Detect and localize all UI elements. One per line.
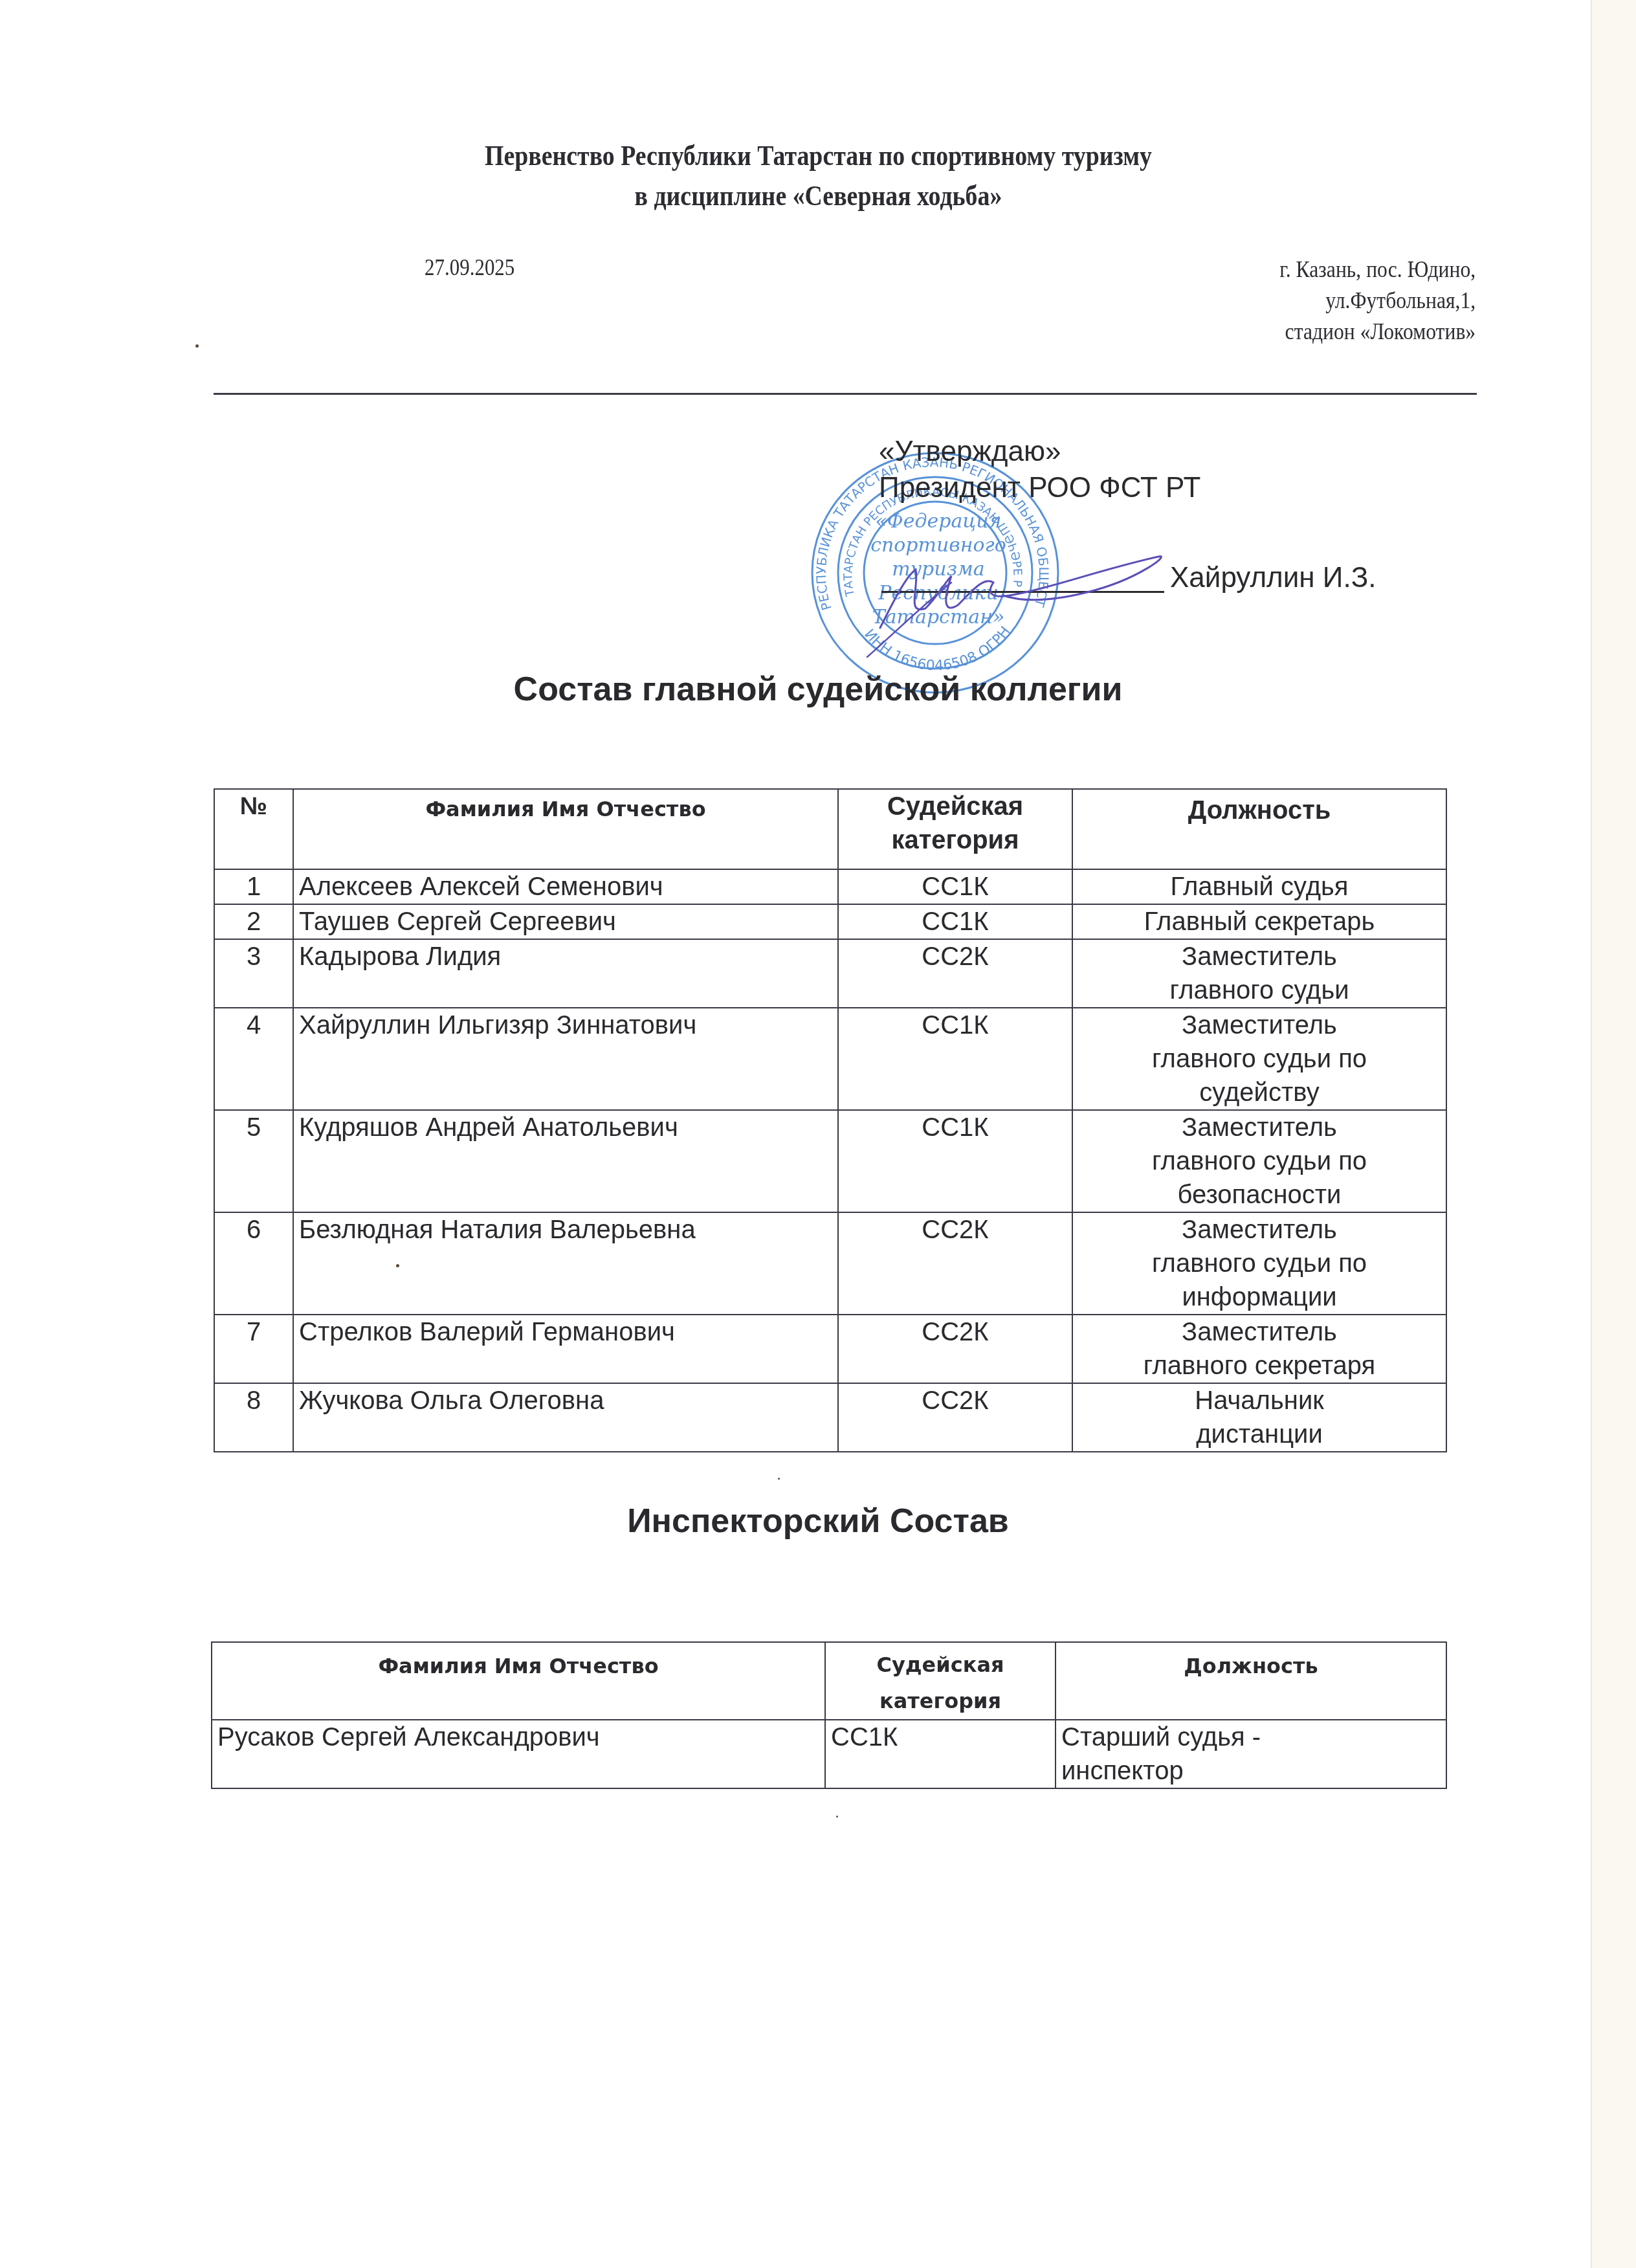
column-header-position: Должность: [1072, 789, 1446, 869]
header-title-line-2: в дисциплине «Северная ходьба»: [115, 176, 1521, 216]
column-header-number: №: [214, 789, 293, 869]
category-header-line-2: категория: [844, 823, 1067, 857]
location-line-3: стадион «Локомотив»: [1279, 316, 1476, 347]
judge-position-line: Заместитель: [1078, 1111, 1441, 1144]
location-line-1: г. Казань, пос. Юдино,: [1279, 254, 1476, 285]
judge-position-line: Начальник: [1078, 1384, 1441, 1417]
judge-position-line: безопасности: [1078, 1178, 1441, 1212]
judge-name: Жучкова Ольга Олеговна: [293, 1383, 838, 1452]
table-row: Русаков Сергей АлександровичСС1КСтарший …: [212, 1720, 1446, 1788]
category-header-line-1: Судейская: [844, 790, 1067, 823]
judge-name: Кудряшов Андрей Анатольевич: [293, 1110, 838, 1212]
judge-position-line: информации: [1078, 1280, 1441, 1314]
judge-position: Начальникдистанции: [1072, 1383, 1446, 1452]
table-row: 6Безлюдная Наталия ВалерьевнаСС2КЗамести…: [214, 1212, 1446, 1315]
judge-position: Заместительглавного судьи поинформации: [1072, 1212, 1446, 1315]
table-header-row: Фамилия Имя Отчество Судейская категория…: [212, 1642, 1446, 1720]
main-committee-title: Состав главной судейской коллегии: [0, 670, 1636, 709]
svg-text:Республики: Республики: [878, 582, 998, 605]
judge-position-line: Главный секретарь: [1078, 905, 1441, 939]
column-header-position: Должность: [1056, 1642, 1446, 1720]
header-title-line-1: Первенство Республики Татарстан по спорт…: [115, 136, 1521, 176]
row-number: 6: [214, 1212, 293, 1315]
table-row: 1Алексеев Алексей СеменовичСС1КГлавный с…: [214, 869, 1446, 904]
judge-position-line: главного судьи по: [1078, 1247, 1441, 1280]
column-header-name: Фамилия Имя Отчество: [293, 789, 838, 869]
inspector-position: Старший судья -инспектор: [1056, 1720, 1446, 1788]
scan-speck: [836, 1816, 838, 1818]
scan-speck: [195, 344, 199, 348]
judge-position-line: Заместитель: [1078, 940, 1441, 973]
judge-position-line: Главный судья: [1078, 870, 1441, 904]
judge-position-line: Заместитель: [1078, 1213, 1441, 1247]
location-line-2: ул.Футбольная,1,: [1279, 285, 1476, 316]
judge-position: Главный судья: [1072, 869, 1446, 904]
table-row: 3Кадырова ЛидияСС2КЗаместительглавного с…: [214, 939, 1446, 1008]
signature-line: [881, 591, 1164, 593]
row-number: 7: [214, 1315, 293, 1383]
inspector-position-line: инспектор: [1061, 1754, 1441, 1788]
row-number: 2: [214, 904, 293, 939]
header-divider: [214, 393, 1477, 395]
row-number: 4: [214, 1008, 293, 1110]
scanned-page-edge: [1591, 0, 1636, 2268]
table-row: 4Хайруллин Ильгизяр ЗиннатовичСС1КЗамест…: [214, 1008, 1446, 1110]
judge-name: Алексеев Алексей Семенович: [293, 869, 838, 904]
judge-position-line: дистанции: [1078, 1417, 1441, 1451]
judge-position: Заместительглавного судьи побезопасности: [1072, 1110, 1446, 1212]
judge-position-line: главного судьи по: [1078, 1042, 1441, 1076]
inspector-section-title: Инспекторский Состав: [0, 1502, 1636, 1540]
inspector-position-line: Старший судья -: [1061, 1720, 1441, 1754]
judge-name: Безлюдная Наталия Валерьевна: [293, 1212, 838, 1315]
column-header-category: Судейская категория: [838, 789, 1072, 869]
judge-position: Главный секретарь: [1072, 904, 1446, 939]
judge-category: СС2К: [838, 1212, 1072, 1315]
document-header-title: Первенство Республики Татарстан по спорт…: [115, 136, 1521, 216]
scan-speck: [778, 1478, 780, 1480]
judge-category: СС2К: [838, 939, 1072, 1008]
judge-name: Кадырова Лидия: [293, 939, 838, 1008]
table-header-row: № Фамилия Имя Отчество Судейская категор…: [214, 789, 1446, 869]
judge-position: Заместительглавного судьи посудейству: [1072, 1008, 1446, 1110]
approval-block: «Утверждаю» Президент РОО ФСТ РТ: [879, 434, 1200, 506]
svg-text:туризма: туризма: [892, 558, 985, 581]
table-row: 5Кудряшов Андрей АнатольевичСС1КЗаместит…: [214, 1110, 1446, 1212]
category-header-line-2: категория: [831, 1683, 1050, 1719]
judge-category: СС1К: [838, 1008, 1072, 1110]
row-number: 8: [214, 1383, 293, 1452]
column-header-name: Фамилия Имя Отчество: [212, 1642, 825, 1720]
category-header-line-1: Судейская: [831, 1647, 1050, 1683]
main-committee-table: № Фамилия Имя Отчество Судейская категор…: [214, 788, 1447, 1452]
svg-text:Татарстан»: Татарстан»: [872, 606, 1005, 628]
table-row: 2Таушев Сергей СергеевичСС1КГлавный секр…: [214, 904, 1446, 939]
judge-category: СС2К: [838, 1383, 1072, 1452]
row-number: 1: [214, 869, 293, 904]
approval-heading: «Утверждаю»: [879, 434, 1200, 470]
handwritten-signature: [854, 531, 1191, 660]
judge-name: Стрелков Валерий Германович: [293, 1315, 838, 1383]
table-row: 7Стрелков Валерий ГермановичСС2КЗаместит…: [214, 1315, 1446, 1383]
judge-category: СС1К: [838, 1110, 1072, 1212]
table-row: 8Жучкова Ольга ОлеговнаСС2КНачальникдист…: [214, 1383, 1446, 1452]
svg-text:«Федерация: «Федерация: [876, 510, 1002, 533]
inspector-name: Русаков Сергей Александрович: [212, 1720, 825, 1788]
judge-position-line: Заместитель: [1078, 1008, 1441, 1042]
approver-title: Президент РОО ФСТ РТ: [879, 470, 1200, 506]
judge-name: Таушев Сергей Сергеевич: [293, 904, 838, 939]
judge-position-line: главного судьи: [1078, 973, 1441, 1007]
signatory-name: Хайруллин И.З.: [1170, 562, 1376, 594]
judge-category: СС1К: [838, 904, 1072, 939]
judge-position-line: главного секретаря: [1078, 1349, 1441, 1383]
judge-position: Заместительглавного секретаря: [1072, 1315, 1446, 1383]
column-header-category: Судейская категория: [825, 1642, 1056, 1720]
judge-category: СС2К: [838, 1315, 1072, 1383]
row-number: 3: [214, 939, 293, 1008]
inspector-category: СС1К: [825, 1720, 1056, 1788]
inspector-table: Фамилия Имя Отчество Судейская категория…: [211, 1641, 1447, 1789]
judge-position-line: Заместитель: [1078, 1315, 1441, 1349]
judge-position-line: судейству: [1078, 1076, 1441, 1109]
svg-text:спортивного: спортивного: [870, 534, 1006, 557]
judge-position: Заместительглавного судьи: [1072, 939, 1446, 1008]
judge-category: СС1К: [838, 869, 1072, 904]
judge-name: Хайруллин Ильгизяр Зиннатович: [293, 1008, 838, 1110]
scan-speck: [396, 1264, 399, 1267]
event-location: г. Казань, пос. Юдино, ул.Футбольная,1, …: [1279, 254, 1476, 347]
judge-position-line: главного судьи по: [1078, 1144, 1441, 1178]
event-date: 27.09.2025: [425, 254, 514, 281]
row-number: 5: [214, 1110, 293, 1212]
